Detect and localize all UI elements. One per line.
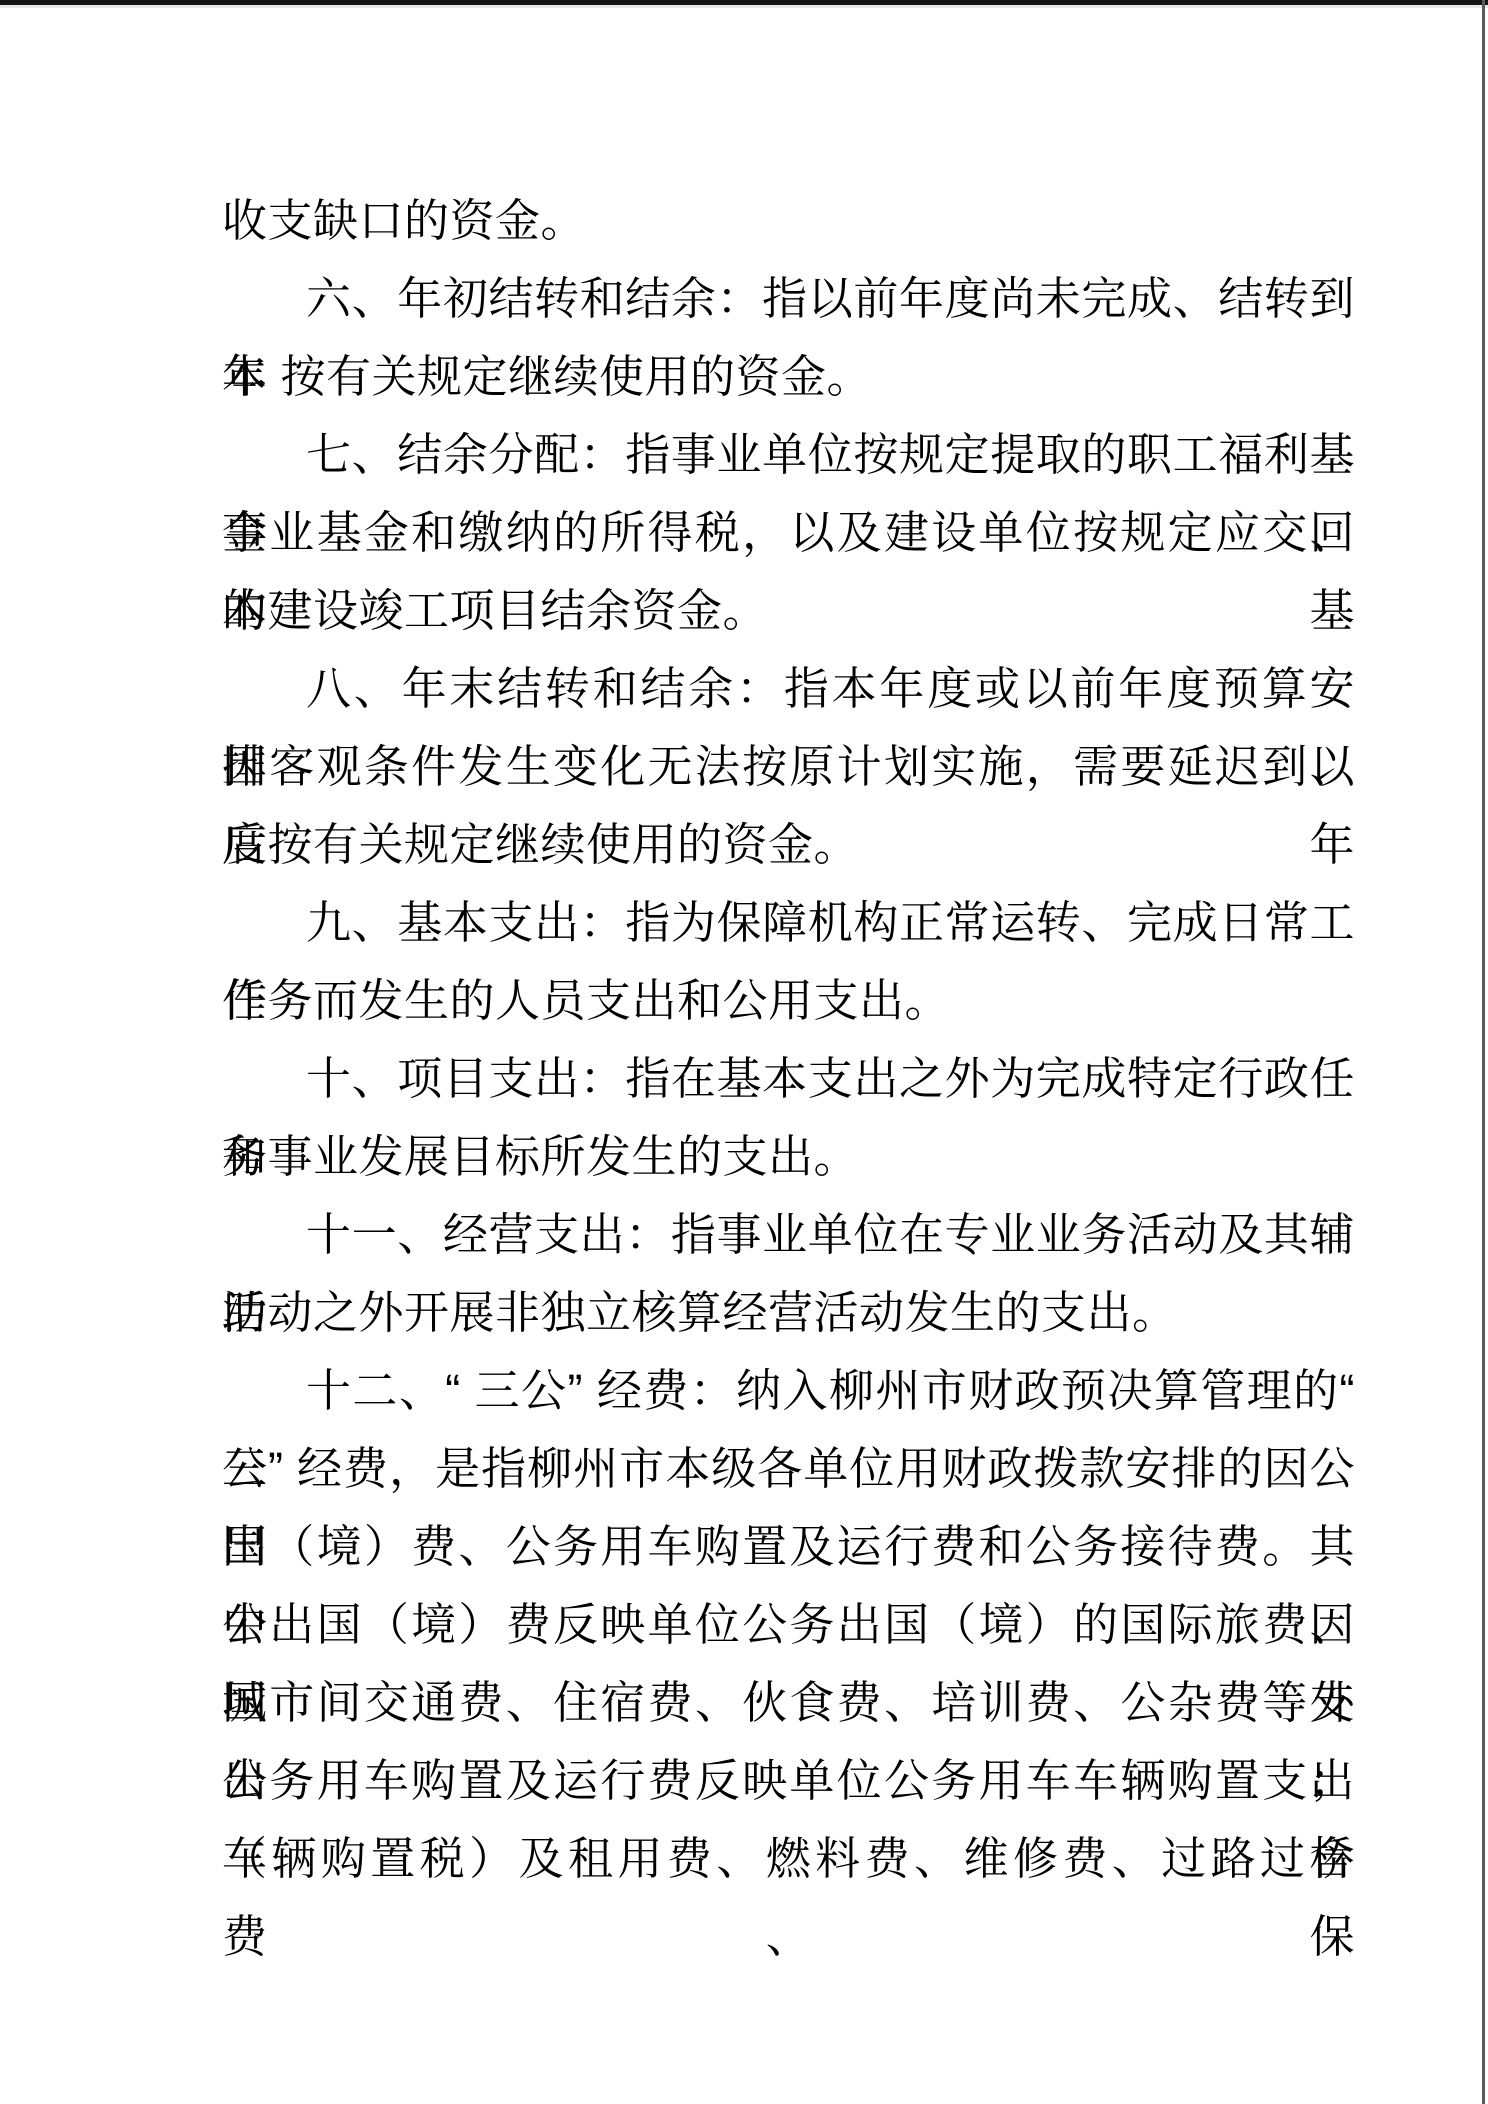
text-line: 十、项目支出：指在基本支出之外为完成特定行政任务 xyxy=(222,1040,1355,1118)
text-line: 和事业发展目标所发生的支出。 xyxy=(222,1118,1355,1196)
text-line: 年 按有关规定继续使用的资金。 xyxy=(222,338,1355,416)
text-line: 十一、经营支出：指事业单位在专业业务活动及其辅助 xyxy=(222,1196,1355,1274)
text-line: 七、结余分配：指事业单位按规定提取的职工福利基金、 xyxy=(222,416,1355,494)
text-line: 九、基本支出：指为保障机构正常运转、完成日常工作 xyxy=(222,884,1355,962)
text-line: 城市间交通费、住宿费、伙食费、培训费、公杂费等支出； xyxy=(222,1664,1355,1742)
text-line: 活动之外开展非独立核算经营活动发生的支出。 xyxy=(222,1274,1355,1352)
document-page: 收支缺口的资金。六、年初结转和结余：指以前年度尚未完成、结转到本年 按有关规定继… xyxy=(0,0,1488,2104)
text-line: 事业基金和缴纳的所得税，以及建设单位按规定应交回的基 xyxy=(222,494,1355,572)
text-line: 八、年末结转和结余：指本年度或以前年度预算安排、 xyxy=(222,650,1355,728)
page-right-scan-edge xyxy=(1482,0,1485,2104)
page-top-scan-edge-shadow xyxy=(0,5,1488,8)
text-line: 收支缺口的资金。 xyxy=(222,182,1355,260)
text-line: 车辆购置税）及租用费、燃料费、维修费、过路过桥费、保 xyxy=(222,1820,1355,1898)
text-line: 六、年初结转和结余：指以前年度尚未完成、结转到本 xyxy=(222,260,1355,338)
text-line: 公出国（境）费反映单位公务出国（境）的国际旅费、国外 xyxy=(222,1586,1355,1664)
text-line: 国（境）费、公务用车购置及运行费和公务接待费。其中因 xyxy=(222,1508,1355,1586)
text-line: 任务而发生的人员支出和公用支出。 xyxy=(222,962,1355,1040)
text-line: 十二、“ 三公” 经费：纳入柳州市财政预决算管理的“ 三 xyxy=(222,1352,1355,1430)
text-line: 公” 经费，是指柳州市本级各单位用财政拨款安排的因公出 xyxy=(222,1430,1355,1508)
text-line: 公务用车购置及运行费反映单位公务用车车辆购置支出（含 xyxy=(222,1742,1355,1820)
document-text-block: 收支缺口的资金。六、年初结转和结余：指以前年度尚未完成、结转到本年 按有关规定继… xyxy=(222,182,1355,1898)
text-line: 因客观条件发生变化无法按原计划实施，需要延迟到以后年 xyxy=(222,728,1355,806)
